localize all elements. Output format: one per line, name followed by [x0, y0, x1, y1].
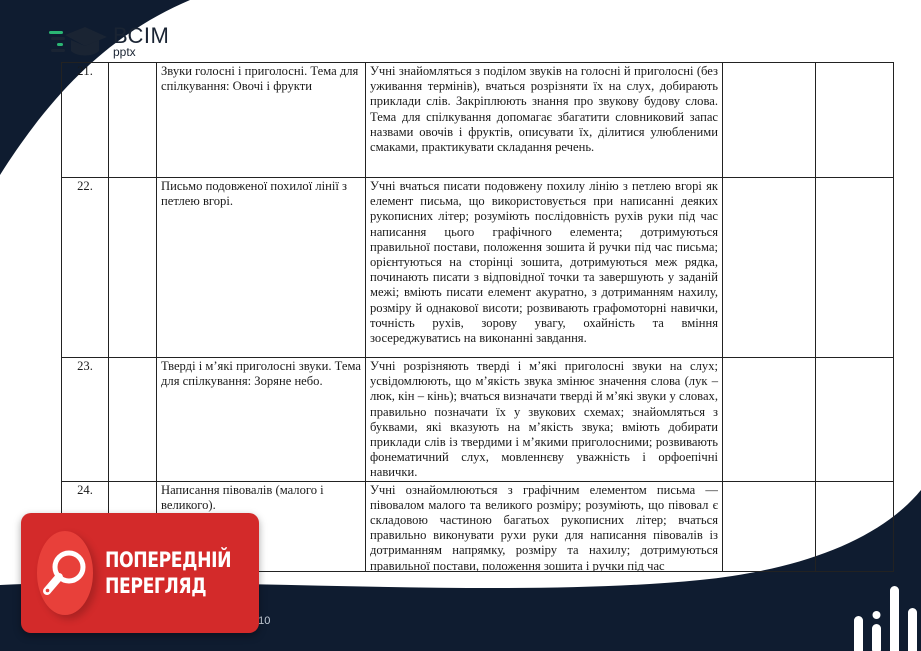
- lesson-number: 22.: [62, 178, 109, 358]
- magnifier-icon: [37, 531, 93, 615]
- lesson-topic: Письмо подовженої похилої лінії з петлею…: [157, 178, 366, 358]
- lesson-topic: Звуки голосні і приголосні. Тема для спі…: [157, 63, 366, 178]
- lesson-col6: [816, 178, 894, 358]
- lesson-col5: [723, 63, 816, 178]
- table-row: 23. Тверді і м’які приголосні звуки. Тем…: [62, 358, 894, 482]
- lesson-outcomes: Учні ознайомлюються з графічним елементо…: [366, 481, 723, 571]
- lesson-outcomes-text: Учні ознайомлюються з графічним елементо…: [370, 483, 718, 571]
- lesson-outcomes: Учні знайомляться з поділом звуків на го…: [366, 63, 723, 178]
- preview-label-line2: ПЕРЕГЛЯД: [105, 573, 231, 599]
- lesson-date: [109, 63, 157, 178]
- lesson-date: [109, 178, 157, 358]
- brand-title: ВСІМ: [113, 25, 169, 47]
- lesson-col5: [723, 481, 816, 571]
- lesson-number: 21.: [62, 63, 109, 178]
- lesson-col5: [723, 358, 816, 482]
- lesson-col6: [816, 481, 894, 571]
- lesson-number: 23.: [62, 358, 109, 482]
- lesson-col6: [816, 63, 894, 178]
- preview-label-line1: ПОПЕРЕДНІЙ: [105, 547, 231, 573]
- bars-decor-icon: [848, 578, 918, 651]
- brand-logo: ВСІМ pptx: [47, 24, 169, 58]
- lesson-outcomes: Учні вчаться писати подовжену похилу лін…: [366, 178, 723, 358]
- lesson-col6: [816, 358, 894, 482]
- lesson-col5: [723, 178, 816, 358]
- table-row: 21. Звуки голосні і приголосні. Тема для…: [62, 63, 894, 178]
- lesson-plan-table: 21. Звуки голосні і приголосні. Тема для…: [61, 62, 894, 572]
- lesson-topic: Тверді і м’які приголосні звуки. Тема дл…: [157, 358, 366, 482]
- lesson-outcomes: Учні розрізняють тверді і м’які приголос…: [366, 358, 723, 482]
- table-row: 22. Письмо подовженої похилої лінії з пе…: [62, 178, 894, 358]
- preview-button[interactable]: ПОПЕРЕДНІЙ ПЕРЕГЛЯД: [21, 513, 259, 633]
- graduation-cap-icon: [47, 24, 109, 58]
- lesson-date: [109, 358, 157, 482]
